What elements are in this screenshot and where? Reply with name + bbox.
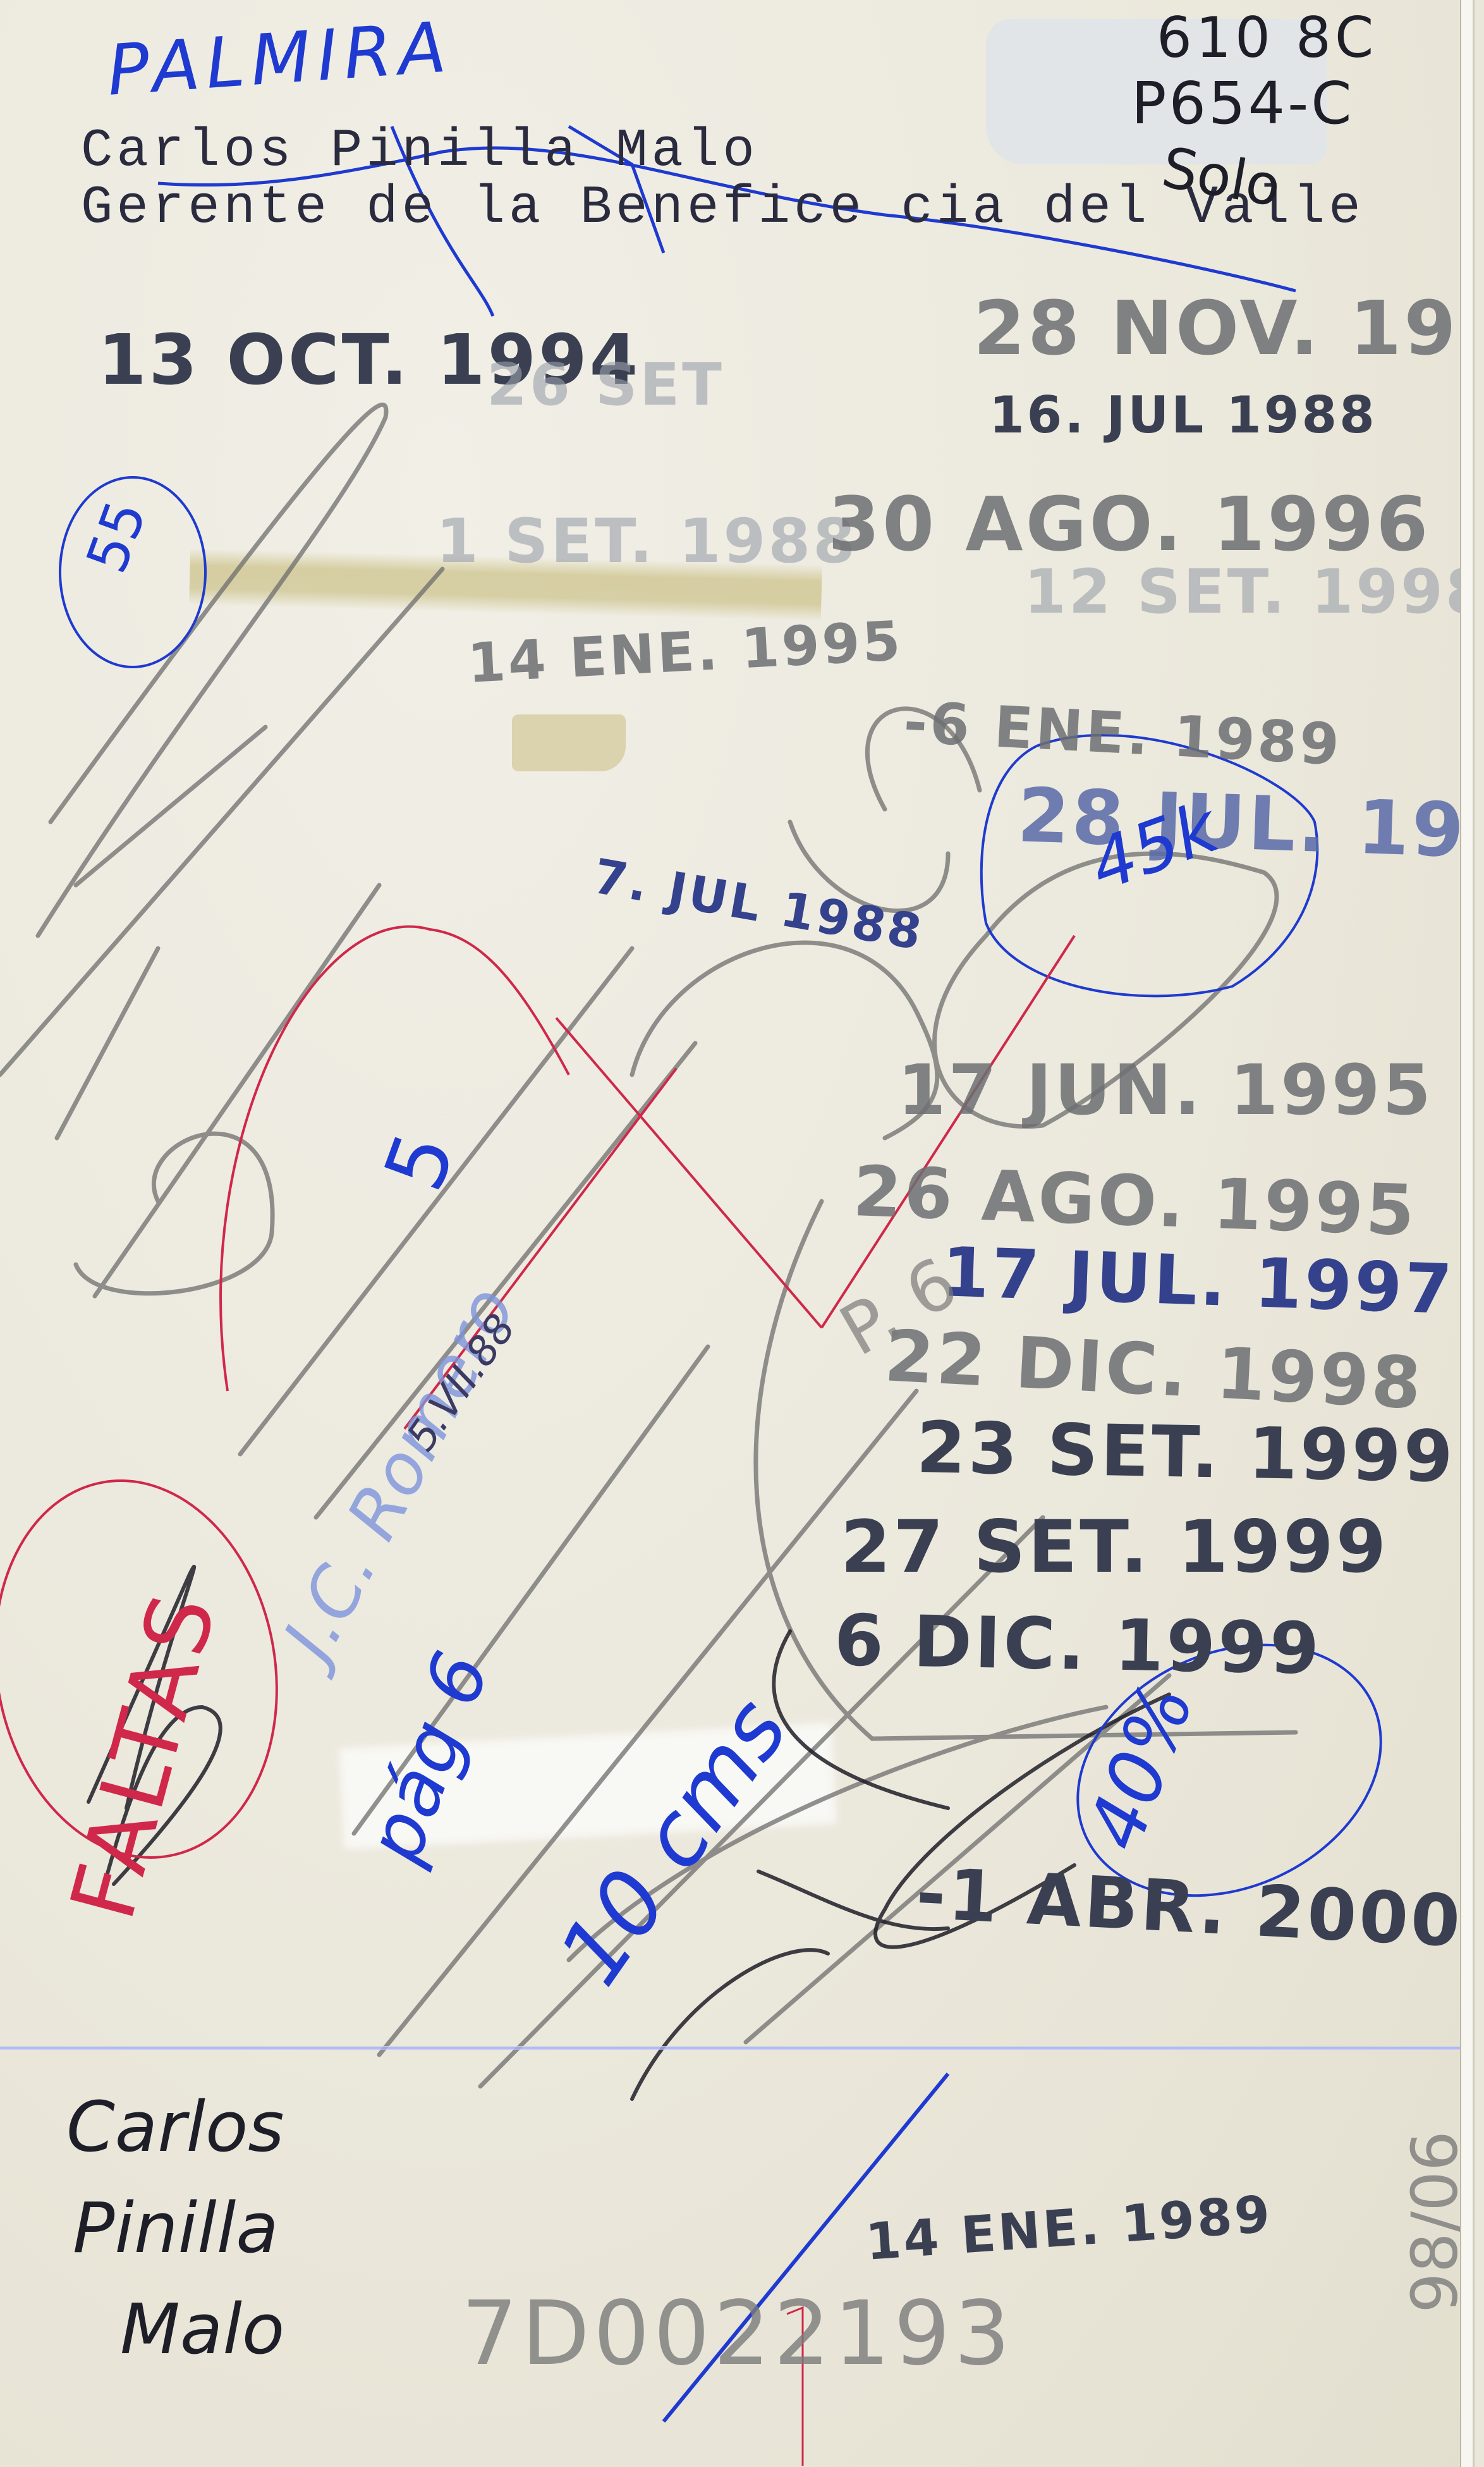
circled-number-55: 55: [74, 493, 159, 581]
typed-name: Carlos Pinilla Malo: [81, 121, 758, 181]
tape-residue-small: [512, 714, 626, 771]
signature-line-1: Carlos: [66, 2086, 284, 2167]
red-circled-word: FALTAS: [51, 1580, 237, 1930]
date-stamp: 7. JUL 1988: [589, 848, 928, 961]
date-stamp: 17 JUN. 1995: [897, 1050, 1433, 1130]
location-handwritten: PALMIRA: [105, 6, 455, 111]
date-stamp: 30 AGO. 1996: [828, 481, 1431, 568]
signature-line-3: Malo: [120, 2289, 284, 2370]
date-stamp: 26 SET: [487, 351, 724, 419]
date-stamp: 14 ENE. 1989: [864, 2184, 1274, 2272]
handwritten-cm-note: 10 cms: [539, 1680, 808, 2003]
circled-percent-40: 40%: [1071, 1672, 1212, 1861]
reference-line-1: 610 8C: [1157, 5, 1377, 70]
date-stamp: 26 AGO. 1995: [852, 1151, 1418, 1251]
pencil-id-number: 7D0022193: [461, 2282, 1014, 2385]
signature-line-2: Pinilla: [73, 2188, 279, 2268]
document-card: PALMIRA Carlos Pinilla Malo Gerente de l…: [0, 0, 1475, 2467]
reference-line-2: P654-C: [1131, 70, 1354, 137]
date-stamp: -1 ABR. 2000: [915, 1852, 1465, 1963]
date-stamp: 27 SET. 1999: [841, 1505, 1389, 1589]
date-stamp: 23 SET. 1999: [916, 1407, 1456, 1498]
blue-number-5: 5: [366, 1120, 474, 1203]
date-stamp: 16. JUL 1988: [989, 386, 1377, 444]
date-stamp: -6 ENE. 1989: [902, 689, 1343, 778]
scan-artifact-line: [0, 2046, 1473, 2050]
date-stamp: 12 SET. 1998: [1024, 556, 1475, 627]
date-stamp: 28 JUL. 1997: [1016, 771, 1475, 878]
date-stamp: 1 SET. 1988: [436, 506, 858, 577]
date-stamp: 14 ENE. 1995: [466, 609, 904, 695]
date-stamp: 28 NOV. 1996: [973, 285, 1475, 372]
date-stamp: 6 DIC. 1999: [834, 1600, 1322, 1690]
card-edge: [1460, 0, 1473, 2467]
